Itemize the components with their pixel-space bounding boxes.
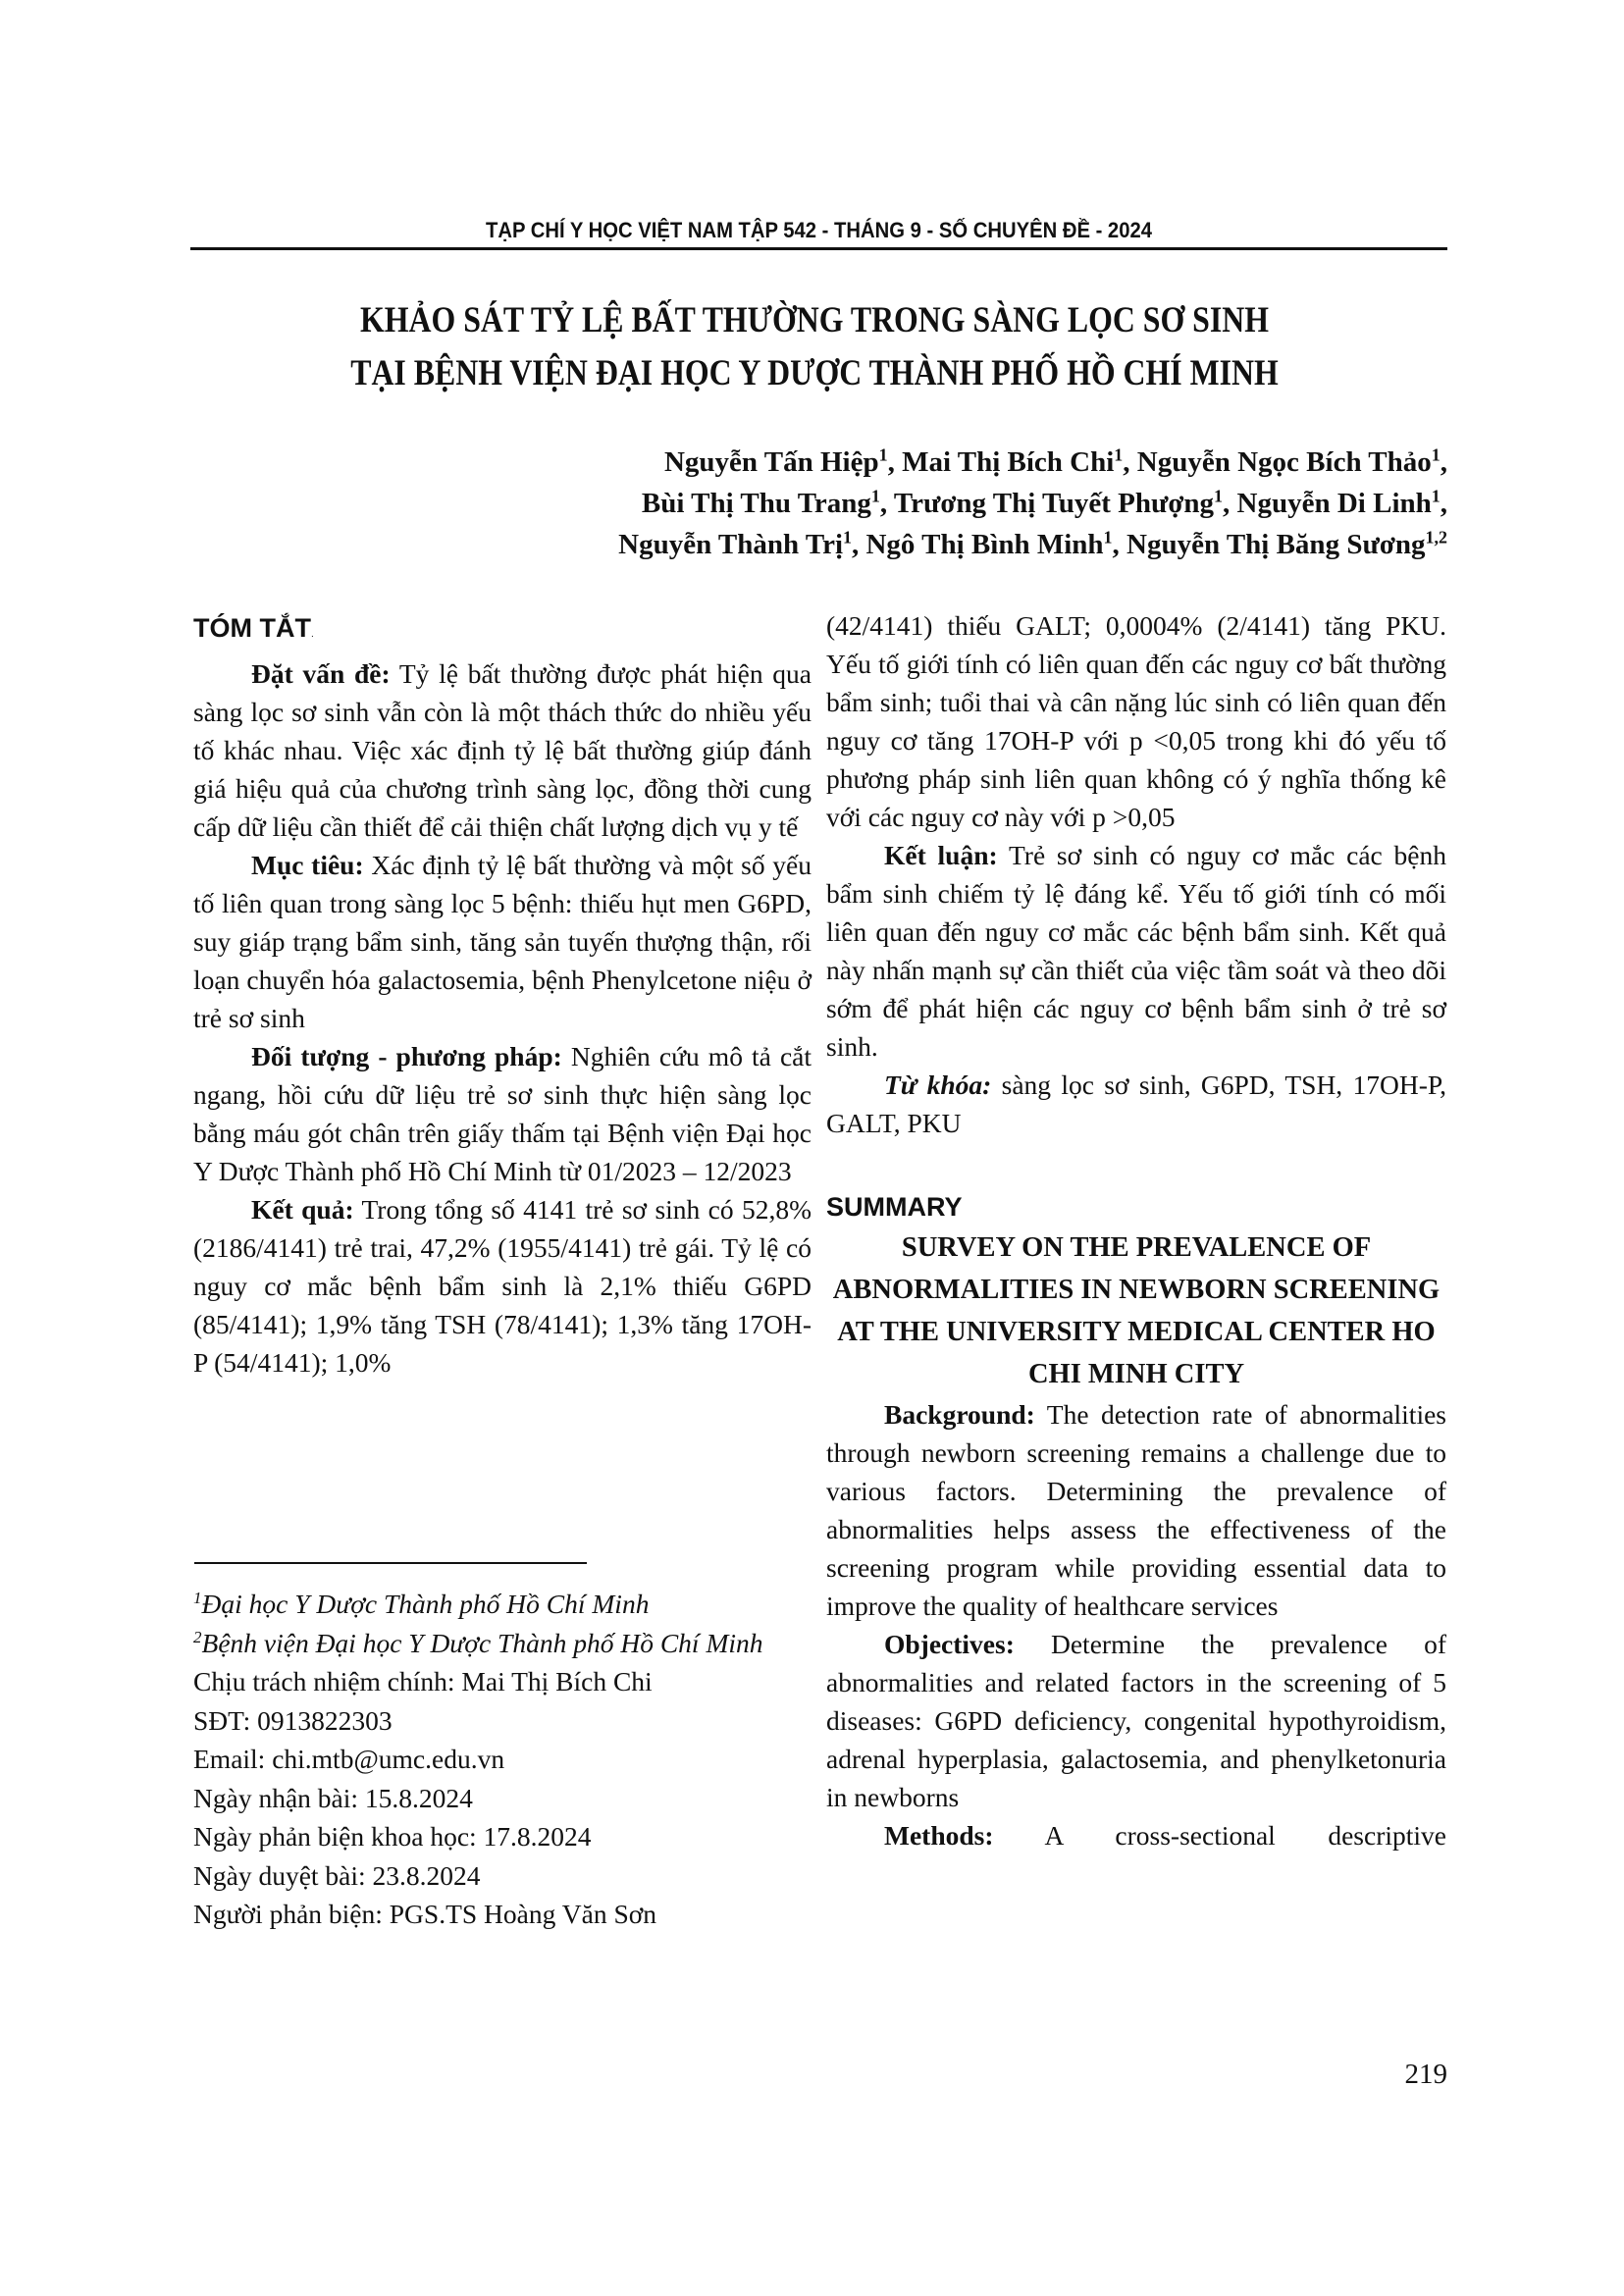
- author-line-2: Bùi Thị Thu Trang1, Trương Thị Tuyết Phư…: [373, 483, 1447, 524]
- phone-number: SĐT: 0913822303: [193, 1701, 812, 1741]
- article-title: KHẢO SÁT TỶ LỆ BẤT THƯỜNG TRONG SÀNG LỌC…: [177, 294, 1452, 400]
- corresponding-author: Chịu trách nhiệm chính: Mai Thị Bích Chi: [193, 1662, 812, 1701]
- journal-page: TẠP CHÍ Y HỌC VIỆT NAM TẬP 542 - THÁNG 9…: [0, 0, 1624, 2296]
- abstract-heading-vi: TÓM TẮT.: [193, 608, 812, 654]
- page-number: 219: [1354, 2059, 1447, 2091]
- affiliation-mark: 1,2: [1426, 527, 1447, 547]
- author-name: Bùi Thị Thu Trang: [642, 488, 871, 519]
- author-name: Nguyễn Ngọc Bích Thảo: [1137, 446, 1432, 478]
- author-separator: ,: [1441, 446, 1447, 478]
- abstract-methods-vi: Đối tượng - phương pháp: Nghiên cứu mô t…: [193, 1037, 812, 1190]
- english-title: SURVEY ON THE PREVALENCE OF ABNORMALITIE…: [826, 1226, 1446, 1395]
- author-separator: ,: [880, 488, 894, 519]
- footnotes: 1Đại học Y Dược Thành phố Hồ Chí Minh 2B…: [193, 1585, 812, 1934]
- section-label: Kết quả:: [251, 1194, 354, 1225]
- author-name: Nguyễn Thành Trị: [618, 529, 843, 560]
- date-reviewed: Ngày phản biện khoa học: 17.8.2024: [193, 1817, 812, 1856]
- summary-methods: Methods: A cross-sectional descriptive: [826, 1816, 1446, 1854]
- section-label: Mục tiêu:: [251, 850, 364, 880]
- affiliation-mark: 1: [193, 1589, 202, 1607]
- summary-background: Background: The detection rate of abnorm…: [826, 1395, 1446, 1625]
- affiliation-mark: 1: [871, 486, 880, 505]
- footnote-rule: [194, 1562, 587, 1564]
- section-label: Đặt vấn đề:: [251, 658, 391, 689]
- author-separator: ,: [1223, 488, 1237, 519]
- section-label: Objectives:: [884, 1629, 1015, 1659]
- author-line-1: Nguyễn Tấn Hiệp1, Mai Thị Bích Chi1, Ngu…: [373, 442, 1447, 483]
- affiliation-mark: 1: [1214, 486, 1223, 505]
- author-name: Mai Thị Bích Chi: [902, 446, 1114, 478]
- section-text: Trẻ sơ sinh có nguy cơ mắc các bệnh bẩm …: [826, 840, 1446, 1062]
- author-list: Nguyễn Tấn Hiệp1, Mai Thị Bích Chi1, Ngu…: [373, 442, 1447, 565]
- affiliation-mark: 1: [1432, 486, 1441, 505]
- author-separator: ,: [1123, 446, 1137, 478]
- affiliation-text: Bệnh viện Đại học Y Dược Thành phố Hồ Ch…: [202, 1628, 763, 1658]
- title-line-1: KHẢO SÁT TỶ LỆ BẤT THƯỜNG TRONG SÀNG LỌC…: [266, 294, 1363, 347]
- affiliation-mark: 1: [879, 444, 888, 464]
- section-label: Đối tượng - phương pháp:: [251, 1041, 562, 1071]
- keywords-label: Từ khóa:: [884, 1070, 991, 1100]
- affiliation-mark: 1: [1104, 527, 1113, 547]
- abstract-heading-text: TÓM TẮT: [193, 613, 311, 643]
- affiliation-text: Đại học Y Dược Thành phố Hồ Chí Minh: [202, 1589, 650, 1619]
- section-label: Kết luận:: [884, 840, 998, 870]
- abstract-background-vi: Đặt vấn đề: Tỷ lệ bất thường được phát h…: [193, 654, 812, 846]
- author-name: Nguyễn Tấn Hiệp: [664, 446, 879, 478]
- abstract-conclusion-vi: Kết luận: Trẻ sơ sinh có nguy cơ mắc các…: [826, 836, 1446, 1066]
- title-line-2: TẠI BỆNH VIỆN ĐẠI HỌC Y DƯỢC THÀNH PHỐ H…: [266, 347, 1363, 400]
- author-name: Ngô Thị Bình Minh: [865, 529, 1103, 560]
- summary-heading: SUMMARY: [826, 1187, 1446, 1226]
- affiliation-mark: 2: [193, 1627, 202, 1645]
- section-label: Methods:: [884, 1820, 994, 1851]
- abstract-results-vi-continued: (42/4141) thiếu GALT; 0,0004% (2/4141) t…: [826, 606, 1446, 836]
- summary-objectives: Objectives: Determine the prevalence of …: [826, 1625, 1446, 1816]
- author-separator: ,: [852, 529, 866, 560]
- heading-mark: .: [311, 629, 314, 640]
- affiliation-mark: 1: [843, 527, 852, 547]
- running-head: TẠP CHÍ Y HỌC VIỆT NAM TẬP 542 - THÁNG 9…: [240, 218, 1397, 243]
- left-column: TÓM TẮT. Đặt vấn đề: Tỷ lệ bất thường đư…: [193, 608, 812, 1382]
- keywords-vi: Từ khóa: sàng lọc sơ sinh, G6PD, TSH, 17…: [826, 1066, 1446, 1142]
- section-text: A cross-sectional descriptive: [994, 1820, 1446, 1851]
- author-separator: ,: [888, 446, 903, 478]
- author-line-3: Nguyễn Thành Trị1, Ngô Thị Bình Minh1, N…: [373, 524, 1447, 565]
- abstract-objectives-vi: Mục tiêu: Xác định tỷ lệ bất thường và m…: [193, 846, 812, 1037]
- author-name: Trương Thị Tuyết Phượng: [894, 488, 1214, 519]
- section-text: The detection rate of abnormalities thro…: [826, 1399, 1446, 1621]
- date-received: Ngày nhận bài: 15.8.2024: [193, 1779, 812, 1818]
- author-separator: ,: [1113, 529, 1127, 560]
- abstract-results-vi: Kết quả: Trong tổng số 4141 trẻ sơ sinh …: [193, 1190, 812, 1382]
- affiliation-1: 1Đại học Y Dược Thành phố Hồ Chí Minh: [193, 1585, 812, 1624]
- author-name: Nguyễn Thị Băng Sương: [1126, 529, 1426, 560]
- affiliation-mark: 1: [1432, 444, 1441, 464]
- section-label: Background:: [884, 1399, 1035, 1430]
- author-separator: ,: [1441, 488, 1447, 519]
- email-address: Email: chi.mtb@umc.edu.vn: [193, 1740, 812, 1779]
- right-column: (42/4141) thiếu GALT; 0,0004% (2/4141) t…: [826, 606, 1446, 1854]
- header-rule: [190, 247, 1447, 250]
- author-name: Nguyễn Di Linh: [1237, 488, 1432, 519]
- date-accepted: Ngày duyệt bài: 23.8.2024: [193, 1856, 812, 1896]
- reviewer: Người phản biện: PGS.TS Hoàng Văn Sơn: [193, 1895, 812, 1934]
- affiliation-mark: 1: [1114, 444, 1123, 464]
- affiliation-2: 2Bệnh viện Đại học Y Dược Thành phố Hồ C…: [193, 1624, 812, 1663]
